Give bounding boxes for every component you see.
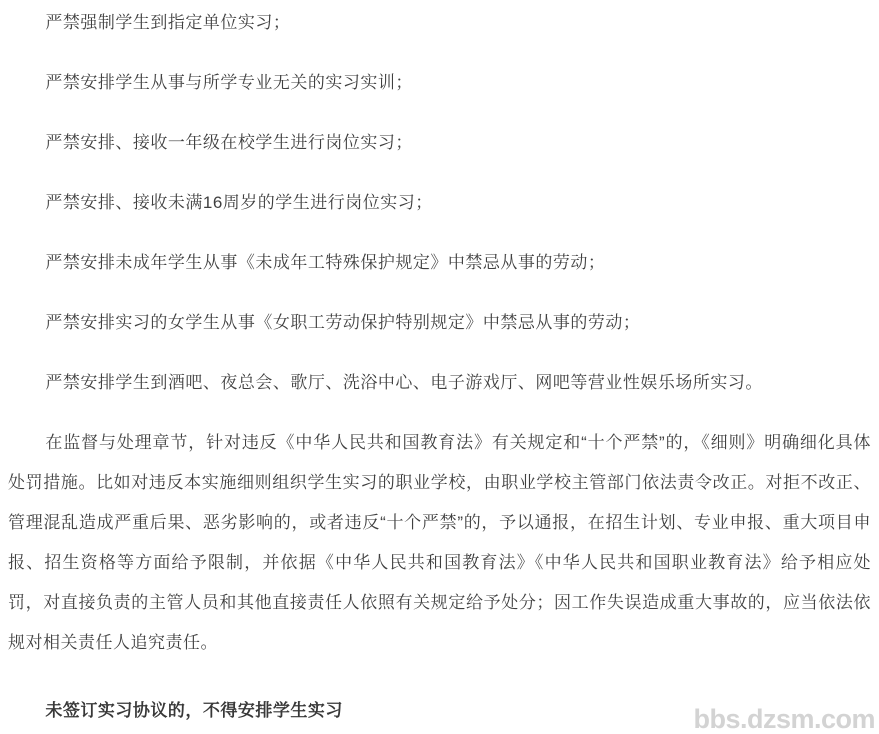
prohibition-item-5: 严禁安排未成年学生从事《未成年工特殊保护规定》中禁忌从事的劳动； bbox=[8, 243, 871, 283]
prohibition-item-1: 严禁强制学生到指定单位实习； bbox=[8, 3, 871, 43]
prohibition-item-6: 严禁安排实习的女学生从事《女职工劳动保护特别规定》中禁忌从事的劳动； bbox=[8, 303, 871, 343]
supervision-paragraph: 在监督与处理章节，针对违反《中华人民共和国教育法》有关规定和“十个严禁”的，《细… bbox=[8, 423, 871, 663]
prohibition-item-2: 严禁安排学生从事与所学专业无关的实习实训； bbox=[8, 63, 871, 103]
prohibition-item-4: 严禁安排、接收未满16周岁的学生进行岗位实习； bbox=[8, 183, 871, 223]
site-watermark: bbs.dzsm.com bbox=[693, 704, 875, 734]
prohibition-item-7: 严禁安排学生到酒吧、夜总会、歌厅、洗浴中心、电子游戏厅、网吧等营业性娱乐场所实习… bbox=[8, 363, 871, 403]
article-page: 严禁强制学生到指定单位实习； 严禁安排学生从事与所学专业无关的实习实训； 严禁安… bbox=[0, 0, 879, 734]
prohibition-item-3: 严禁安排、接收一年级在校学生进行岗位实习； bbox=[8, 123, 871, 163]
